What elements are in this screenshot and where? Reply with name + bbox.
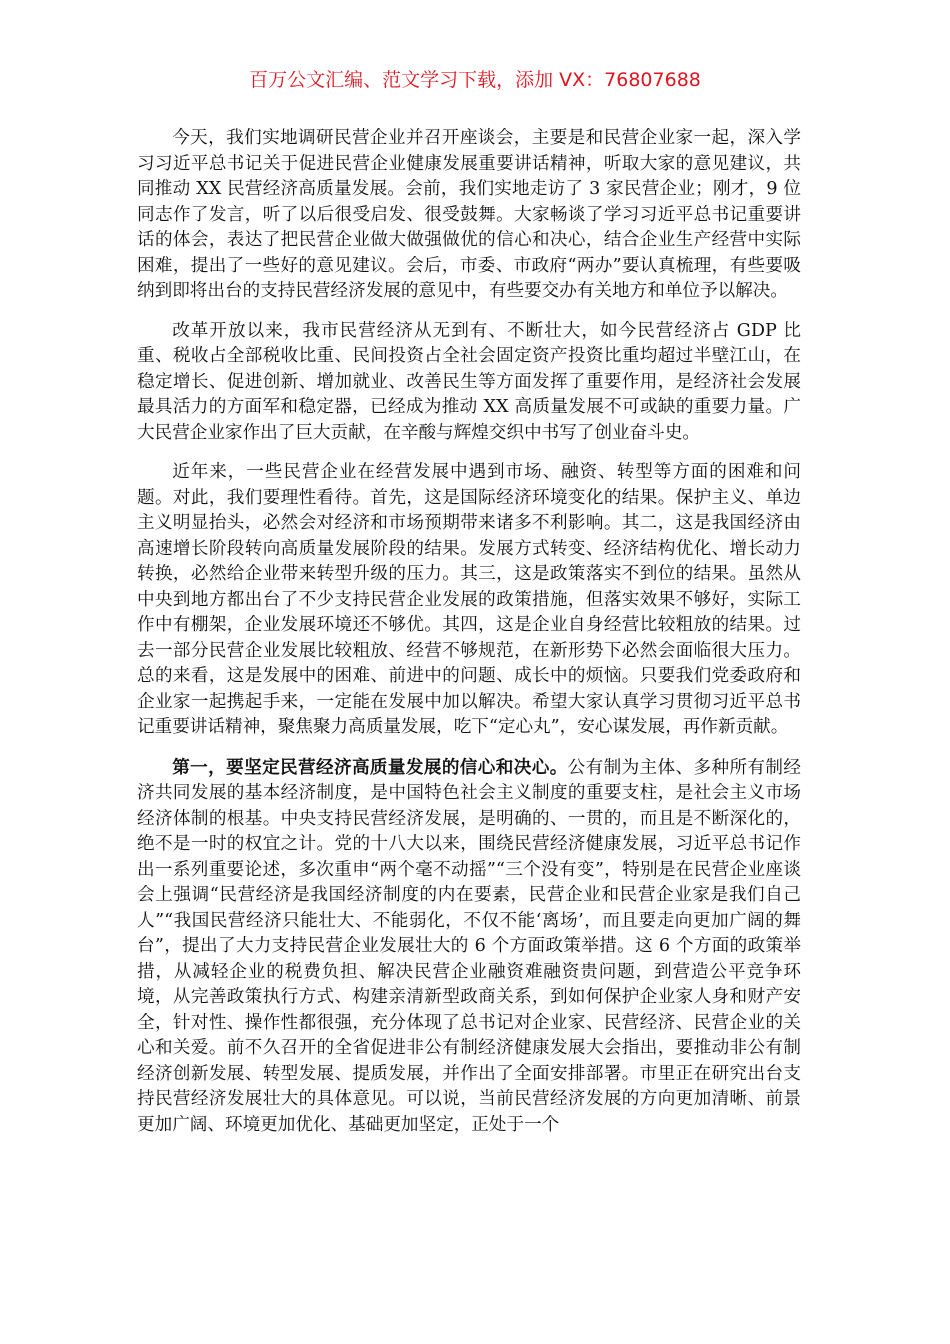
paragraph-first-point: 第一，要坚定民营经济高质量发展的信心和决心。公有制为主体、多种所有制经济共同发展… xyxy=(137,755,801,1139)
paragraph-reform: 改革开放以来，我市民营经济从无到有、不断壮大，如今民营经济占 GDP 比重、税收… xyxy=(137,319,801,447)
section-body: 公有制为主体、多种所有制经济共同发展的基本经济制度，是中国特色社会主义制度的重要… xyxy=(137,758,801,1135)
document-body: 今天，我们实地调研民营企业并召开座谈会，主要是和民营企业家一起，深入学习习近平总… xyxy=(137,126,801,1138)
download-banner: 百万公文汇编、范文学习下载，添加 VX：76807688 xyxy=(0,66,950,94)
paragraph-difficulties: 近年来，一些民营企业在经营发展中遇到市场、融资、转型等方面的困难和问题。对此，我… xyxy=(137,460,801,741)
paragraph-intro: 今天，我们实地调研民营企业并召开座谈会，主要是和民营企业家一起，深入学习习近平总… xyxy=(137,126,801,305)
section-heading: 第一，要坚定民营经济高质量发展的信心和决心。 xyxy=(172,757,567,778)
